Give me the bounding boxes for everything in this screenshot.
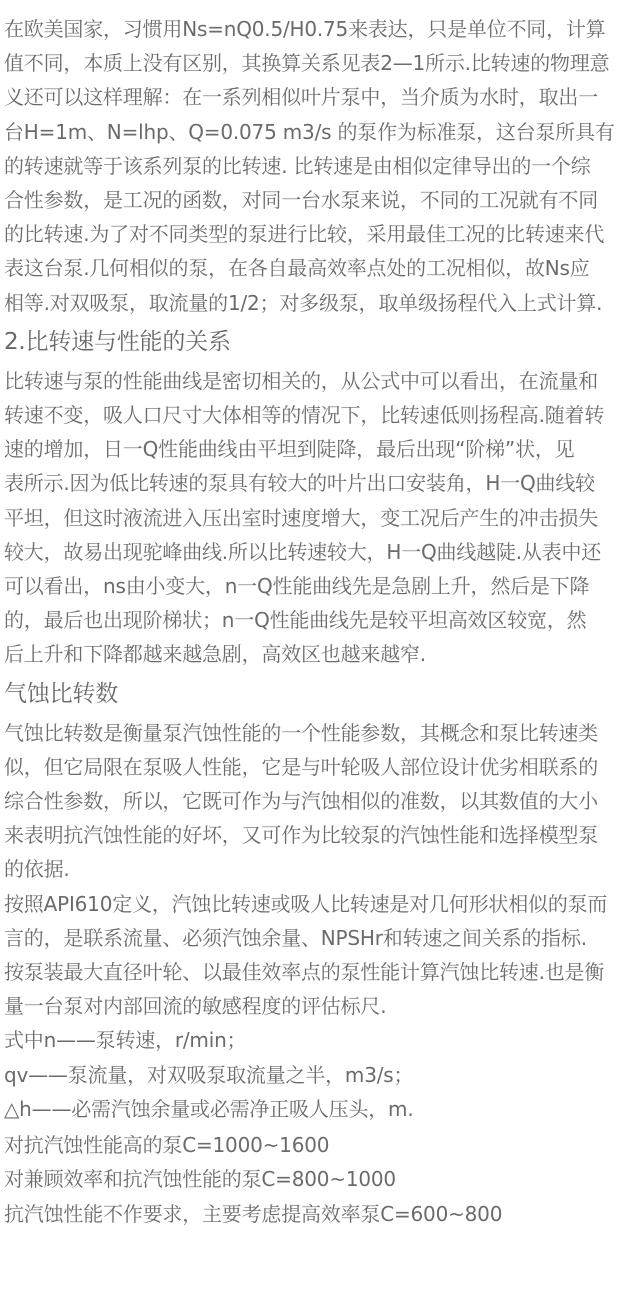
formula-definitions: 式中n——泵转速，r/min； qv——泵流量，对双吸泵取流量之半，m3/s； … <box>4 1023 636 1126</box>
c-value-list: 对抗汽蚀性能高的泵C=1000~1600 对兼顾效率和抗汽蚀性能的泵C=800~… <box>4 1128 636 1231</box>
text-line: 量一台泵对内部回流的敏感程度的评估标尺. <box>4 989 636 1023</box>
text-line: 值不同，本质上没有区别，其换算关系见表2—1所示.比转速的物理意 <box>4 46 636 80</box>
paragraph-performance-relation: 比转速与泵的性能曲线是密切相关的，从公式中可以看出，在流量和 转速不变，吸人口尺… <box>4 364 636 672</box>
text-line: 的比转速.为了对不同类型的泵进行比较，采用最佳工况的比转速来代 <box>4 217 636 251</box>
paragraph-api610: 按照API610定义，汽蚀比转速或吸人比转速是对几何形状相似的泵而 言的，是联系… <box>4 887 636 1024</box>
c-value-balanced: 对兼顾效率和抗汽蚀性能的泵C=800~1000 <box>4 1162 636 1196</box>
section-heading-cavitation-specific-speed: 气蚀比转数 <box>4 672 636 716</box>
text-line: 相等.对双吸泵，取流量的1/2；对多级泵，取单级扬程代入上式计算. <box>4 286 636 320</box>
definition-qv: qv——泵流量，对双吸泵取流量之半，m3/s； <box>4 1058 636 1092</box>
text-line: 台H=1m、N=lhp、Q=0.075 m3/s 的泵作为标准泵，这台泵所具有 <box>4 115 636 149</box>
definition-n: 式中n——泵转速，r/min； <box>4 1023 636 1057</box>
text-line: 综合性参数，所以，它既可作为与汽蚀相似的准数，以其数值的大小 <box>4 784 636 818</box>
text-line: 比转速与泵的性能曲线是密切相关的，从公式中可以看出，在流量和 <box>4 364 636 398</box>
text-line: 的转速就等于该系列泵的比转速. 比转速是由相似定律导出的一个综 <box>4 149 636 183</box>
c-value-efficiency: 抗汽蚀性能不作要求，主要考虑提高效率泵C=600~800 <box>4 1197 636 1231</box>
text-line: 较大，故易出现驼峰曲线.所以比转速较大，H一Q曲线越陡.从表中还 <box>4 535 636 569</box>
text-line: 表所示.因为低比转速的泵具有较大的叶片出口安装角，H一Q曲线较 <box>4 466 636 500</box>
text-line: 在欧美国家，习惯用Ns=nQ0.5/H0.75来表达，只是单位不同，计算 <box>4 12 636 46</box>
article-body: 在欧美国家，习惯用Ns=nQ0.5/H0.75来表达，只是单位不同，计算 值不同… <box>4 12 636 1231</box>
text-line: 按照API610定义，汽蚀比转速或吸人比转速是对几何形状相似的泵而 <box>4 887 636 921</box>
text-line: 的依据. <box>4 852 636 886</box>
text-line: 后上升和下降都越来越急剧，高效区也越来越窄. <box>4 637 636 671</box>
text-line: 表这台泵.几何相似的泵，在各自最高效率点处的工况相似，故Ns应 <box>4 251 636 285</box>
text-line: 言的，是联系流量、必须汽蚀余量、NPSHr和转速之间关系的指标. <box>4 921 636 955</box>
definition-delta-h: △h——必需汽蚀余量或必需净正吸人压头，m. <box>4 1092 636 1126</box>
text-line: 气蚀比转数是衡量泵汽蚀性能的一个性能参数，其概念和泵比转速类 <box>4 716 636 750</box>
paragraph-cavitation-intro: 气蚀比转数是衡量泵汽蚀性能的一个性能参数，其概念和泵比转速类 似，但它局限在泵吸… <box>4 716 636 887</box>
section-heading-specific-speed-performance: 2.比转速与性能的关系 <box>4 320 636 364</box>
text-line: 来表明抗汽蚀性能的好坏，又可作为比较泵的汽蚀性能和选择模型泵 <box>4 818 636 852</box>
text-line: 速的增加，日一Q性能曲线由平坦到陡降，最后出现“阶梯”状，见 <box>4 432 636 466</box>
paragraph-ns-definition: 在欧美国家，习惯用Ns=nQ0.5/H0.75来表达，只是单位不同，计算 值不同… <box>4 12 636 320</box>
text-line: 合性参数，是工况的函数，对同一台水泵来说，不同的工况就有不同 <box>4 183 636 217</box>
text-line: 按泵装最大直径叶轮、以最佳效率点的泵性能计算汽蚀比转速.也是衡 <box>4 955 636 989</box>
text-line: 义还可以这样理解：在一系列相似叶片泵中，当介质为水时，取出一 <box>4 80 636 114</box>
text-line: 平坦，但这时液流进入压出室时速度增大，变工况后产生的冲击损失 <box>4 501 636 535</box>
text-line: 转速不变，吸人口尺寸大体相等的情况下，比转速低则扬程高.随着转 <box>4 398 636 432</box>
text-line: 似，但它局限在泵吸人性能，它是与叶轮吸人部位设计优劣相联系的 <box>4 750 636 784</box>
text-line: 的，最后也出现阶梯状；n一Q性能曲线先是较平坦高效区较宽，然 <box>4 603 636 637</box>
c-value-high-cavitation: 对抗汽蚀性能高的泵C=1000~1600 <box>4 1128 636 1162</box>
text-line: 可以看出，ns由小变大，n一Q性能曲线先是急剧上升，然后是下降 <box>4 569 636 603</box>
